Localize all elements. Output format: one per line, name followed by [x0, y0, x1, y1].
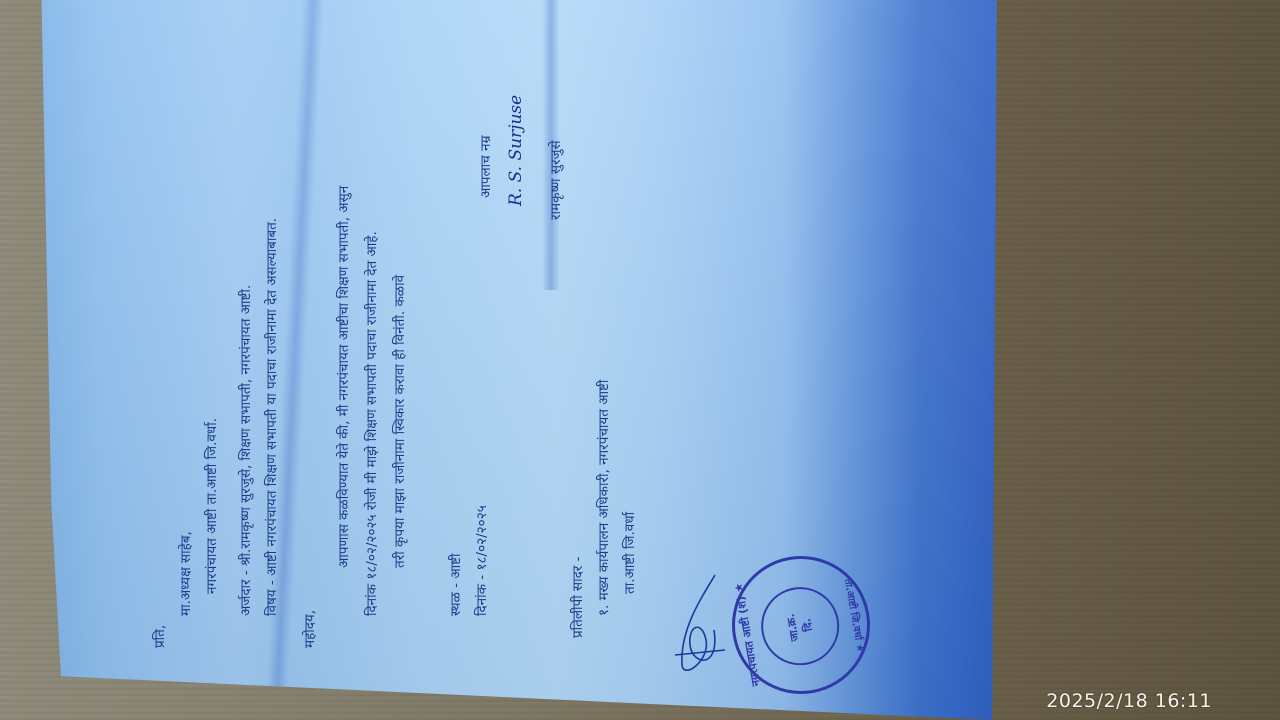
photo-timestamp: 2025/2/18 16:11 [1046, 690, 1212, 712]
date-line: दिनांक - १८/०२/२०२५ [472, 505, 490, 616]
greeting: महोदय, [300, 610, 318, 648]
resignation-letter: प्रति, मा.अध्यक्ष साहेब, नगरपंचायत आष्टी… [150, 20, 670, 660]
applicant-line: अर्जदार - श्री.रामकृष्ण सुरजुसे, शिक्षण … [236, 285, 254, 616]
addressee-line1: मा.अध्यक्ष साहेब, [176, 531, 194, 616]
closing-line: आपलाच नम्र [476, 135, 494, 198]
body-line-3: तरी कृपया माझा राजीनामा स्विकार करावा ही… [390, 275, 408, 568]
salutation-to: प्रति, [150, 625, 168, 648]
subject-line: विषय - आष्टी नगरपंचायत शिक्षण सभापती या … [262, 218, 280, 616]
place-line: स्थळ - आष्टी [446, 554, 464, 617]
addressee-line2: नगरपंचायत आष्टी ता.आष्टी जि.वर्धा. [202, 418, 220, 594]
copy-item-1-address: ता.आष्टी जि.वर्धा [620, 512, 638, 594]
handwritten-signature: R. S. Surjuse [506, 95, 526, 206]
stamp-inner-date: दि. [799, 617, 816, 632]
body-line-2: दिनांक १८/०२/२०२५ रोजी मी माझे शिक्षण सभ… [362, 231, 380, 616]
copy-heading: प्रतिलीपी सादर - [568, 557, 586, 638]
initials-scribble-icon [670, 570, 730, 680]
signatory-name: रामकृष्ण सुरजुसे [546, 140, 564, 220]
copy-item-1: १. मख्य कार्यपालन अधिकारी, नगरपंचायत आष्… [594, 380, 612, 616]
body-line-1: आपणास कळविण्यात येते की, मी नगरपंचायत आष… [334, 186, 352, 568]
stamp-inner-circle: जा.क्र. दि. [755, 581, 845, 671]
